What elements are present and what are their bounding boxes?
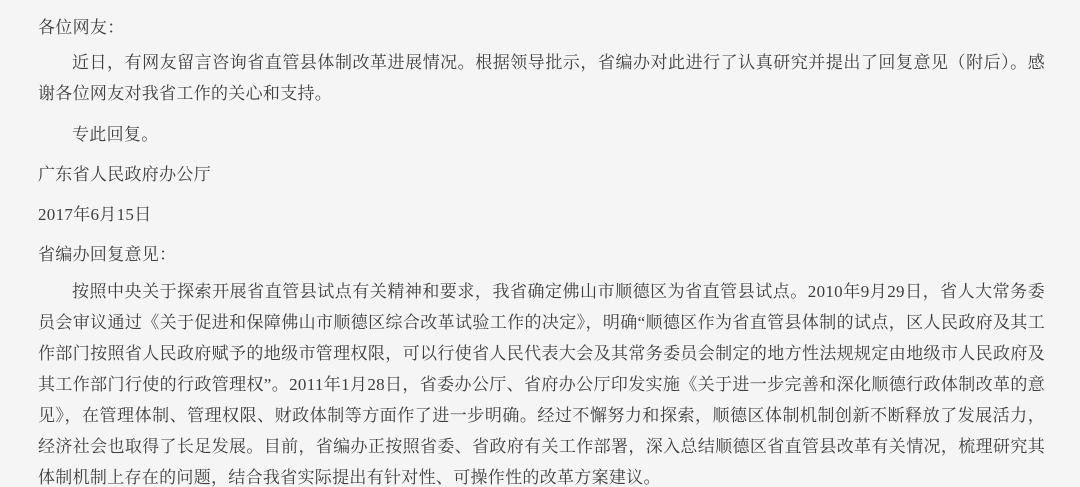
issuer-signature: 广东省人民政府办公厅: [38, 159, 1045, 190]
reply-body: 按照中央关于探索开展省直管县试点有关精神和要求，我省确定佛山市顺德区为省直管县试…: [38, 276, 1045, 487]
issue-date: 2017年6月15日: [38, 199, 1045, 230]
salutation: 各位网友：: [38, 12, 1045, 43]
intro-paragraph: 近日，有网友留言咨询省直管县体制改革进展情况。根据领导批示，省编办对此进行了认真…: [38, 47, 1045, 109]
closing-line: 专此回复。: [38, 119, 1045, 150]
document-page: 各位网友： 近日，有网友留言咨询省直管县体制改革进展情况。根据领导批示，省编办对…: [0, 0, 1080, 487]
reply-heading: 省编办回复意见：: [38, 239, 1045, 270]
